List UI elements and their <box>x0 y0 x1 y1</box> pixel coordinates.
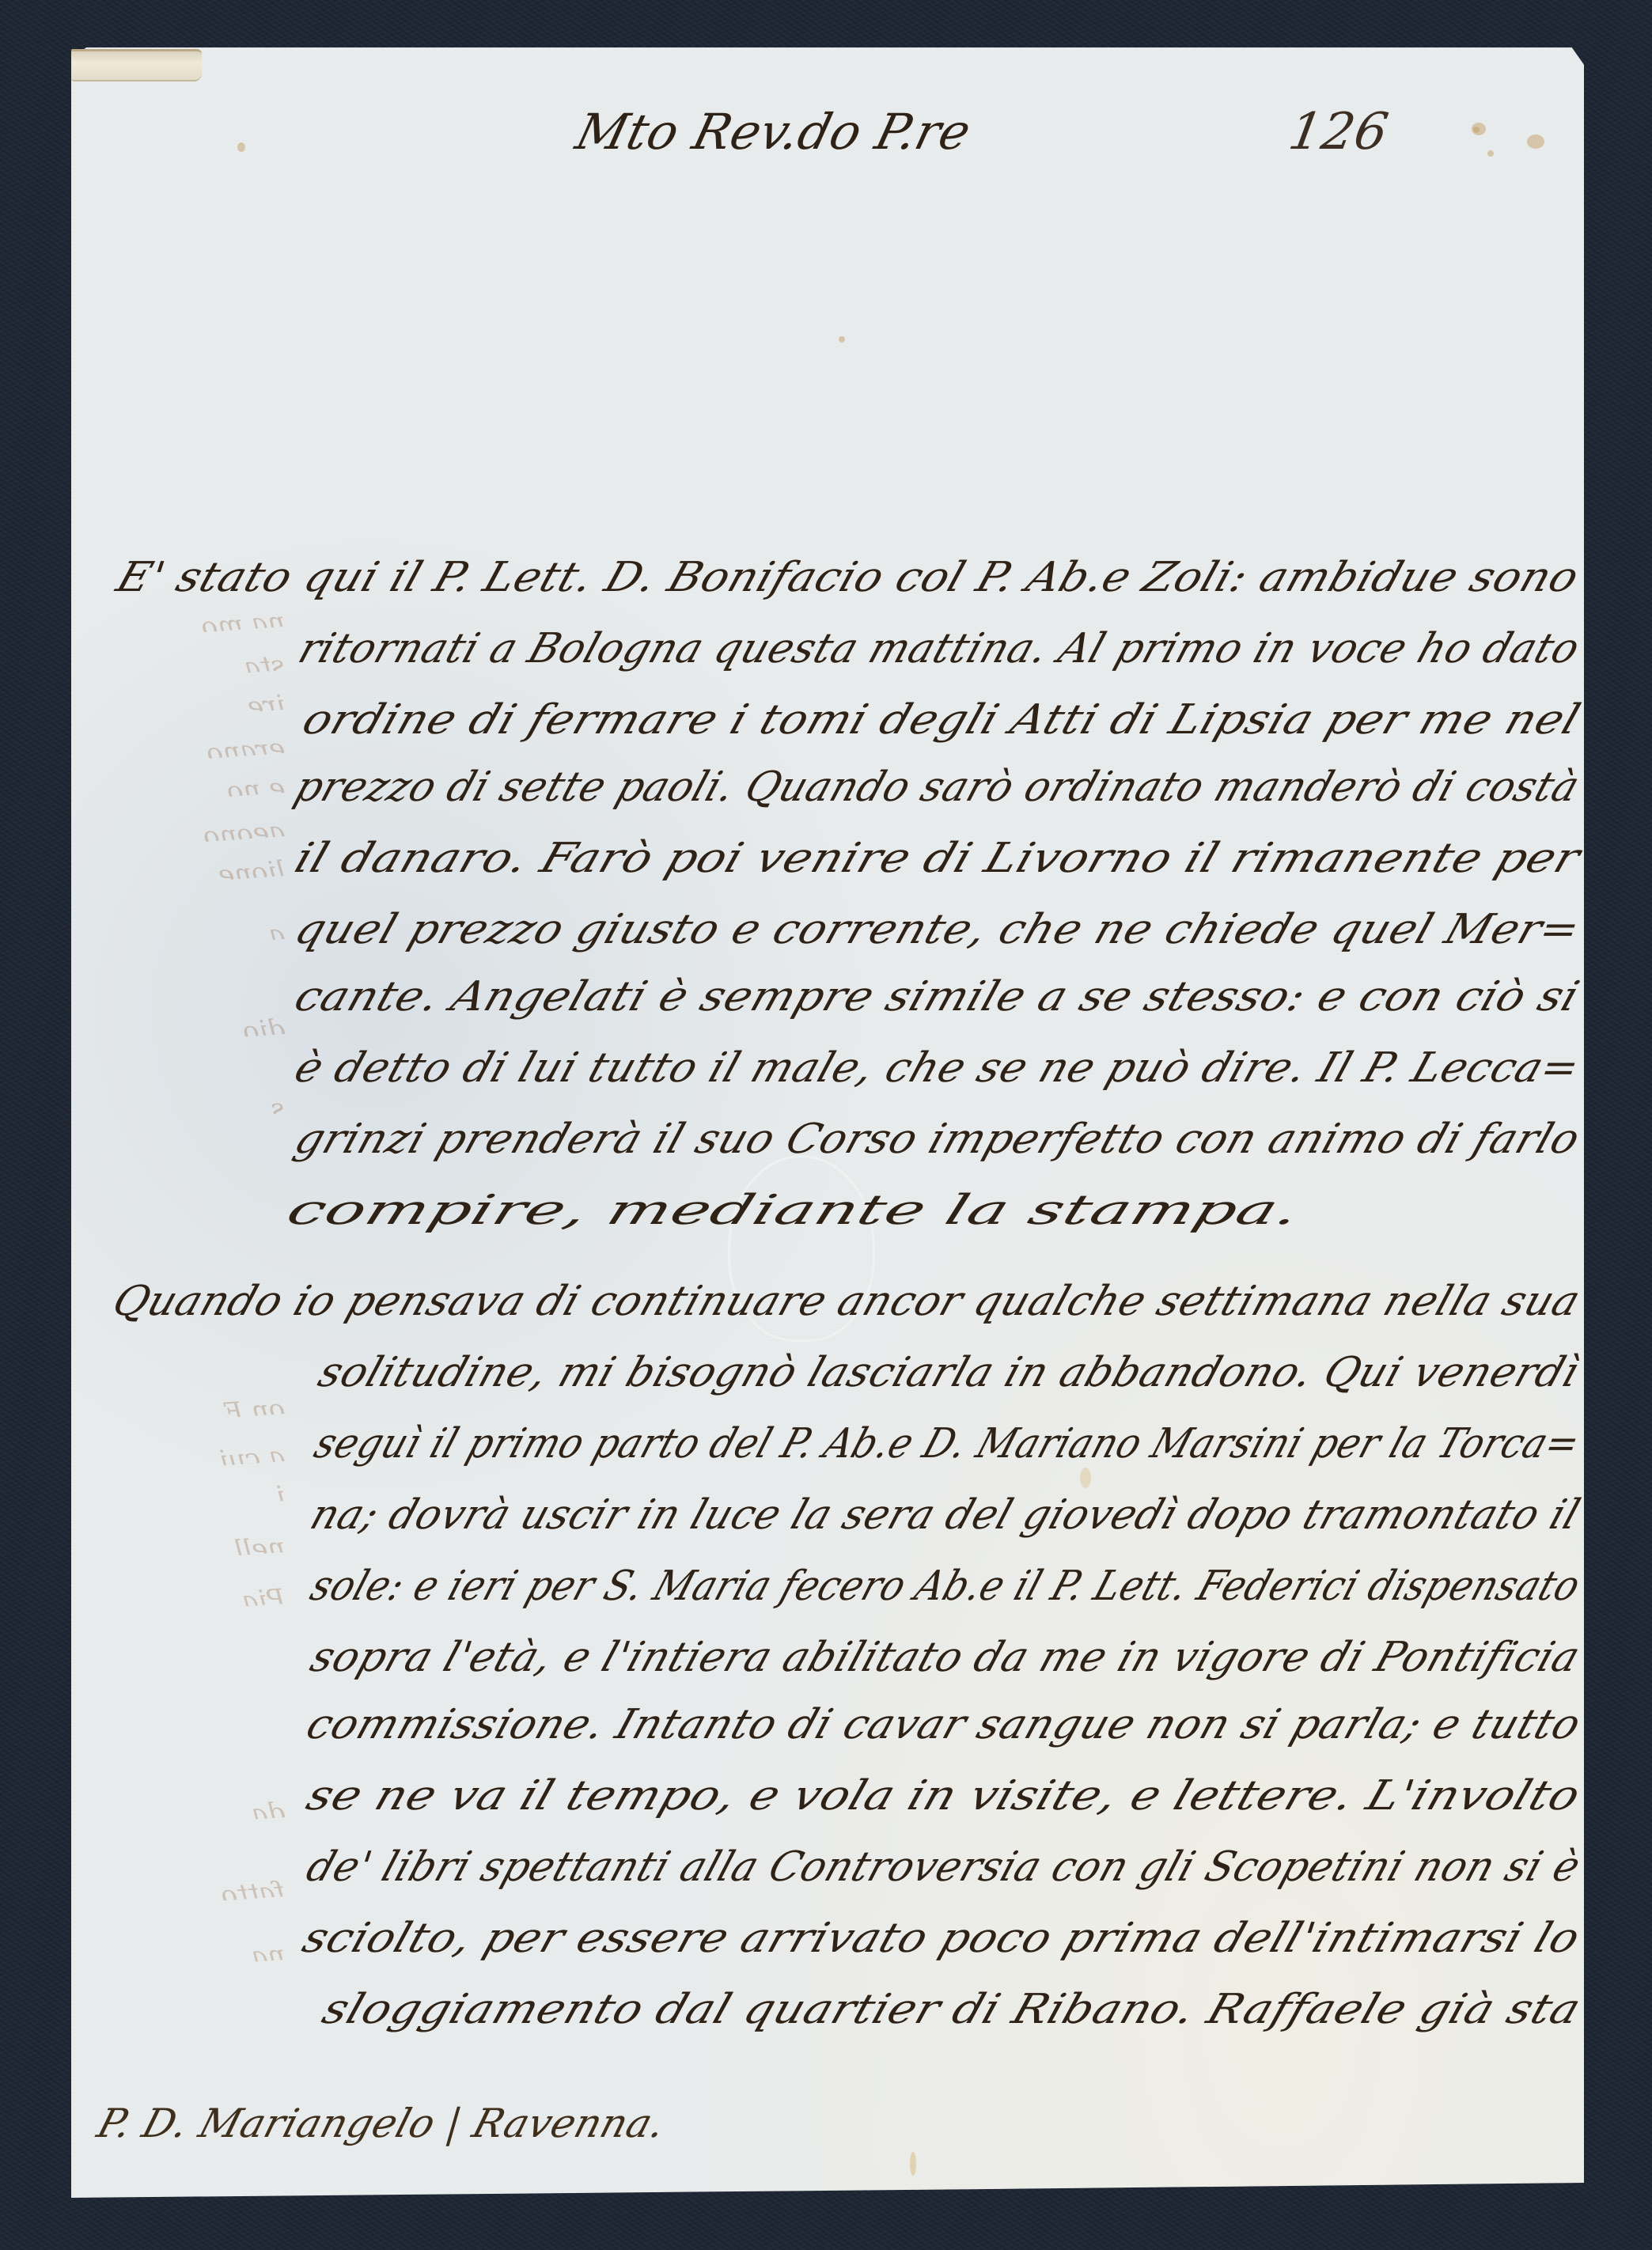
folded-corner <box>71 49 202 81</box>
foxing-stain <box>237 142 245 152</box>
letter-line: seguì il primo parto del P. Ab.e D. Mari… <box>309 1420 1586 1468</box>
letter-line: è detto di lui tutto il male, che se ne … <box>289 1044 1586 1092</box>
letter-line: prezzo di sette paoli. Quando sarò ordin… <box>289 763 1586 811</box>
letter-line: grinzi prenderà il suo Corso imperfetto … <box>289 1116 1586 1163</box>
letter-line: solitudine, mi bisognò lasciarla in abba… <box>313 1349 1586 1396</box>
letter-line: sopra l'età, e l'intiera abilitato da me… <box>305 1634 1586 1681</box>
letter-line: sole: e ieri per S. Maria fecero Ab.e il… <box>305 1562 1586 1610</box>
foxing-stain <box>910 2152 916 2176</box>
foxing-stain <box>1080 1468 1091 1488</box>
letter-line: ritornati a Bologna questa mattina. Al p… <box>293 625 1586 672</box>
letter-line: E' stato qui il P. Lett. D. Bonifacio co… <box>111 554 1585 601</box>
letter-line: na; dovrà uscir in luce la sera del giov… <box>305 1491 1586 1539</box>
letter-line: compire, mediante la stampa. <box>281 1187 1306 1234</box>
letter-line: sciolto, per essere arrivato poco prima … <box>297 1915 1586 1962</box>
foxing-stain <box>1487 150 1494 157</box>
letter-line: commissione. Intanto di cavar sangue non… <box>301 1701 1587 1748</box>
letter-line: cante. Angelati è sempre simile a se ste… <box>289 973 1586 1021</box>
foxing-stain <box>839 336 845 343</box>
letter-line: se ne va il tempo, e vola in visite, e l… <box>301 1772 1586 1820</box>
foxing-stain <box>1473 127 1480 133</box>
salutation: Mto Rev.do P.re <box>570 103 977 161</box>
letter-line: Quando io pensava di continuare ancor qu… <box>107 1278 1586 1325</box>
folio-number: 126 <box>1284 103 1392 161</box>
letter-line: ordine di fermare i tomi degli Atti di L… <box>297 696 1586 744</box>
letter-line: il danaro. Farò poi venire di Livorno il… <box>289 835 1586 882</box>
foxing-stain <box>1527 134 1544 149</box>
addressee-line: P. D. Mariangelo | Ravenna. <box>93 2100 671 2146</box>
letter-line: quel prezzo giusto e corrente, che ne ch… <box>289 906 1586 953</box>
letter-line: sloggiamento dal quartier di Ribano. Raf… <box>316 1986 1587 2033</box>
letter-line: de' libri spettanti alla Controversia co… <box>301 1843 1586 1891</box>
